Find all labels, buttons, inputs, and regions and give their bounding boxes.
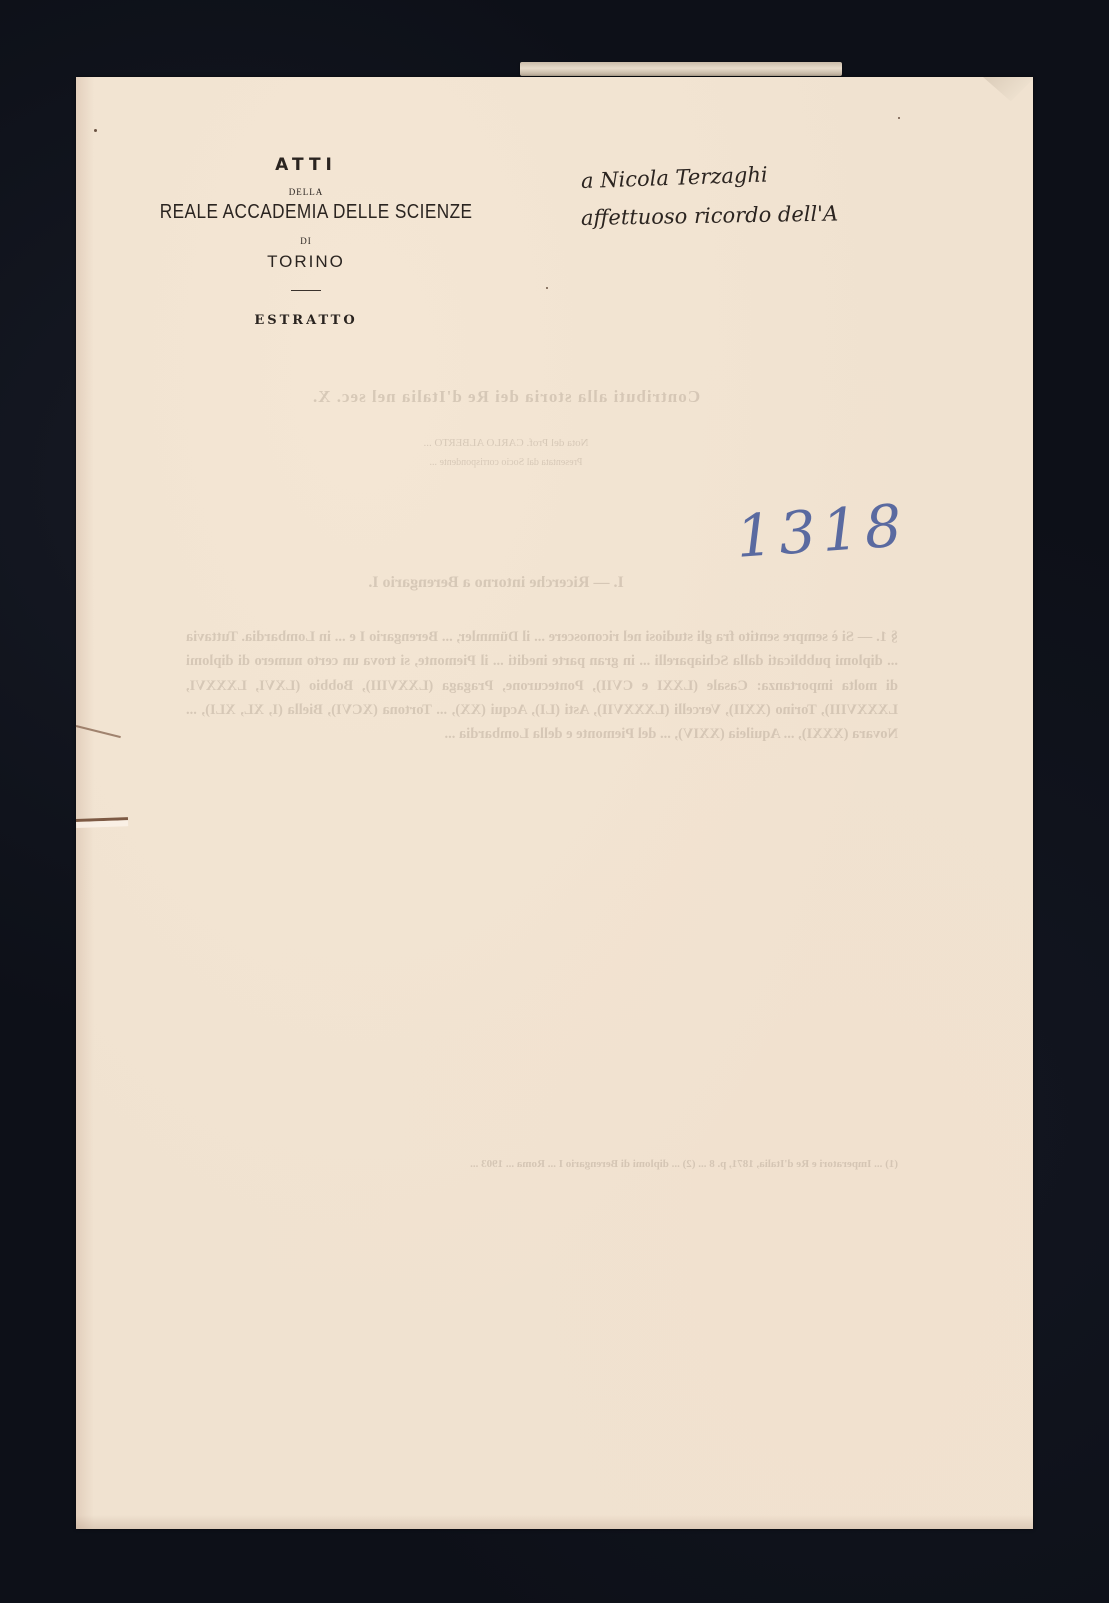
bleed-through-subline: Presentata dal Socio corrispondente ...	[276, 457, 736, 468]
masthead-city: TORINO	[136, 252, 476, 272]
masthead-rule	[291, 290, 321, 291]
document-page: Contributi alla storia dei Re d'Italia n…	[76, 77, 1033, 1529]
paper-speck	[94, 129, 97, 132]
bleed-through-footnotes: (1) ... Imperatori e Re d'Italia, 1871, …	[226, 1154, 898, 1174]
dog-eared-corner	[983, 77, 1033, 121]
masthead-di: DI	[136, 236, 476, 246]
handwritten-shelf-number: 1318	[734, 491, 910, 571]
masthead-estratto: ESTRATTO	[136, 313, 476, 328]
back-sheet-edge	[520, 62, 842, 76]
bleed-through-body: § 1. — Si è sempre sentito fra gli studi…	[186, 625, 898, 746]
masthead-atti: ATTI	[136, 155, 476, 175]
bleed-through-title: Contributi alla storia dei Re d'Italia n…	[226, 387, 786, 407]
paper-speck	[898, 117, 900, 119]
edge-tear	[76, 817, 128, 822]
bleed-through-heading: I. — Ricerche intorno a Berengario I.	[266, 574, 726, 592]
paper-speck	[546, 287, 548, 289]
handwritten-dedication: a Nicola Terzaghi affettuoso ricordo del…	[581, 165, 838, 234]
masthead-academy-name: REALE ACCADEMIA DELLE SCIENZE	[160, 201, 452, 224]
dedication-line-2: affettuoso ricordo dell'A	[581, 197, 839, 234]
bottom-edge-shade	[76, 1515, 1033, 1529]
masthead: ATTI DELLA REALE ACCADEMIA DELLE SCIENZE…	[136, 155, 476, 328]
dedication-line-1: a Nicola Terzaghi	[580, 156, 838, 198]
left-edge-crease	[76, 77, 94, 1529]
masthead-della: DELLA	[136, 187, 476, 197]
bleed-through-byline: Nota del Prof. CARLO ALBERTO ...	[276, 437, 736, 449]
